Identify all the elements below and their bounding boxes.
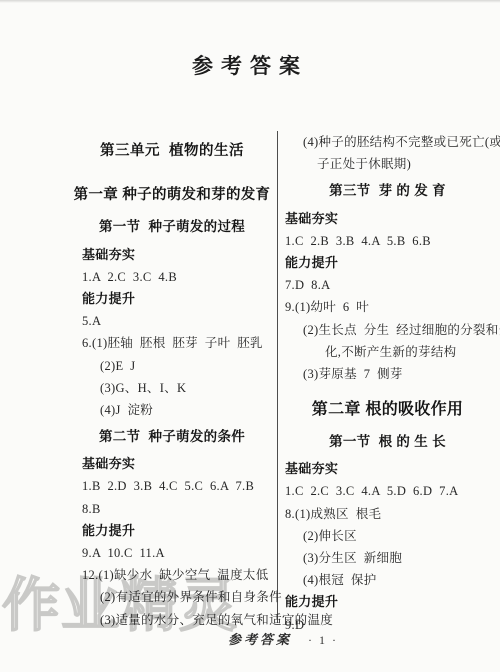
practice-label: 基础夯实	[82, 244, 262, 266]
practice-label: 能力提升	[285, 591, 490, 613]
unit-heading: 第三单元 植物的生活	[82, 140, 262, 162]
answer-line: 5.A	[82, 310, 262, 332]
answer-line: (3)芽原基 7 侧芽	[285, 363, 490, 385]
answer-line: 9.(1)幼叶 6 叶	[285, 296, 490, 318]
answer-line: (4)根冠 保护	[285, 569, 490, 591]
answer-line: (2)E J	[82, 355, 262, 377]
practice-label: 基础夯实	[285, 208, 490, 230]
answer-line: 1.A 2.C 3.C 4.B	[82, 266, 262, 288]
page-footer: 参考答案 · 1 ·	[228, 629, 338, 648]
chapter-heading: 第二章 根的吸收作用	[285, 397, 490, 423]
section-heading: 第二节 种子萌发的条件	[82, 426, 262, 448]
scan-edge	[0, 0, 500, 3]
answer-key-page: 参考答案 作业精灵 第三单元 植物的生活第一章 种子的萌发和芽的发育第一节 种子…	[0, 0, 500, 672]
practice-label: 基础夯实	[285, 458, 490, 480]
answer-line: 子正处于休眠期)	[285, 153, 490, 175]
section-heading: 第一节 种子萌发的过程	[82, 216, 262, 238]
practice-label: 基础夯实	[82, 453, 262, 475]
section-heading: 第一节 根 的 生 长	[285, 431, 490, 453]
answer-line: 12.(1)缺少水 缺少空气 温度太低	[82, 564, 262, 586]
column-divider	[277, 131, 278, 623]
practice-label: 能力提升	[285, 252, 490, 274]
answer-line: 化,不断产生新的芽结构	[285, 341, 490, 363]
answer-line: (3)适量的水分、充足的氧气和适宜的温度	[82, 609, 262, 631]
answer-line: 1.C 2.B 3.B 4.A 5.B 6.B	[285, 230, 490, 252]
answer-line: (3)G、H、I、K	[82, 377, 262, 399]
page-number: · 1 ·	[308, 633, 338, 648]
answer-line: 1.B 2.D 3.B 4.C 5.C 6.A 7.B	[82, 475, 262, 497]
practice-label: 能力提升	[82, 288, 262, 310]
answer-line: (2)伸长区	[285, 525, 490, 547]
answer-line: 8.B	[82, 498, 262, 520]
page-title: 参考答案	[0, 50, 500, 80]
answer-line: 8.(1)成熟区 根毛	[285, 503, 490, 525]
chapter-heading: 第一章 种子的萌发和芽的发育	[70, 184, 274, 206]
answer-line: 6.(1)胚轴 胚根 胚芽 子叶 胚乳	[82, 332, 262, 354]
right-column: (4)种子的胚结构不完整或已死亡(或种子正处于休眠期)第三节 芽 的 发 育基础…	[285, 131, 490, 636]
answer-line: (2)生长点 分生 经过细胞的分裂和分	[285, 319, 490, 341]
answer-line: (3)分生区 新细胞	[285, 547, 490, 569]
answer-line: (4)J 淀粉	[82, 399, 262, 421]
answer-line: 1.C 2.C 3.C 4.A 5.D 6.D 7.A	[285, 480, 490, 502]
answer-line: 9.A 10.C 11.A	[82, 542, 262, 564]
left-column: 第三单元 植物的生活第一章 种子的萌发和芽的发育第一节 种子萌发的过程基础夯实1…	[82, 138, 262, 631]
answer-line: (2)有适宜的外界条件和自身条件	[82, 586, 262, 608]
section-heading: 第三节 芽 的 发 育	[285, 180, 490, 202]
practice-label: 能力提升	[82, 520, 262, 542]
answer-line: (4)种子的胚结构不完整或已死亡(或种	[285, 131, 490, 153]
answer-line: 7.D 8.A	[285, 274, 490, 296]
footer-label: 参考答案	[228, 629, 292, 648]
